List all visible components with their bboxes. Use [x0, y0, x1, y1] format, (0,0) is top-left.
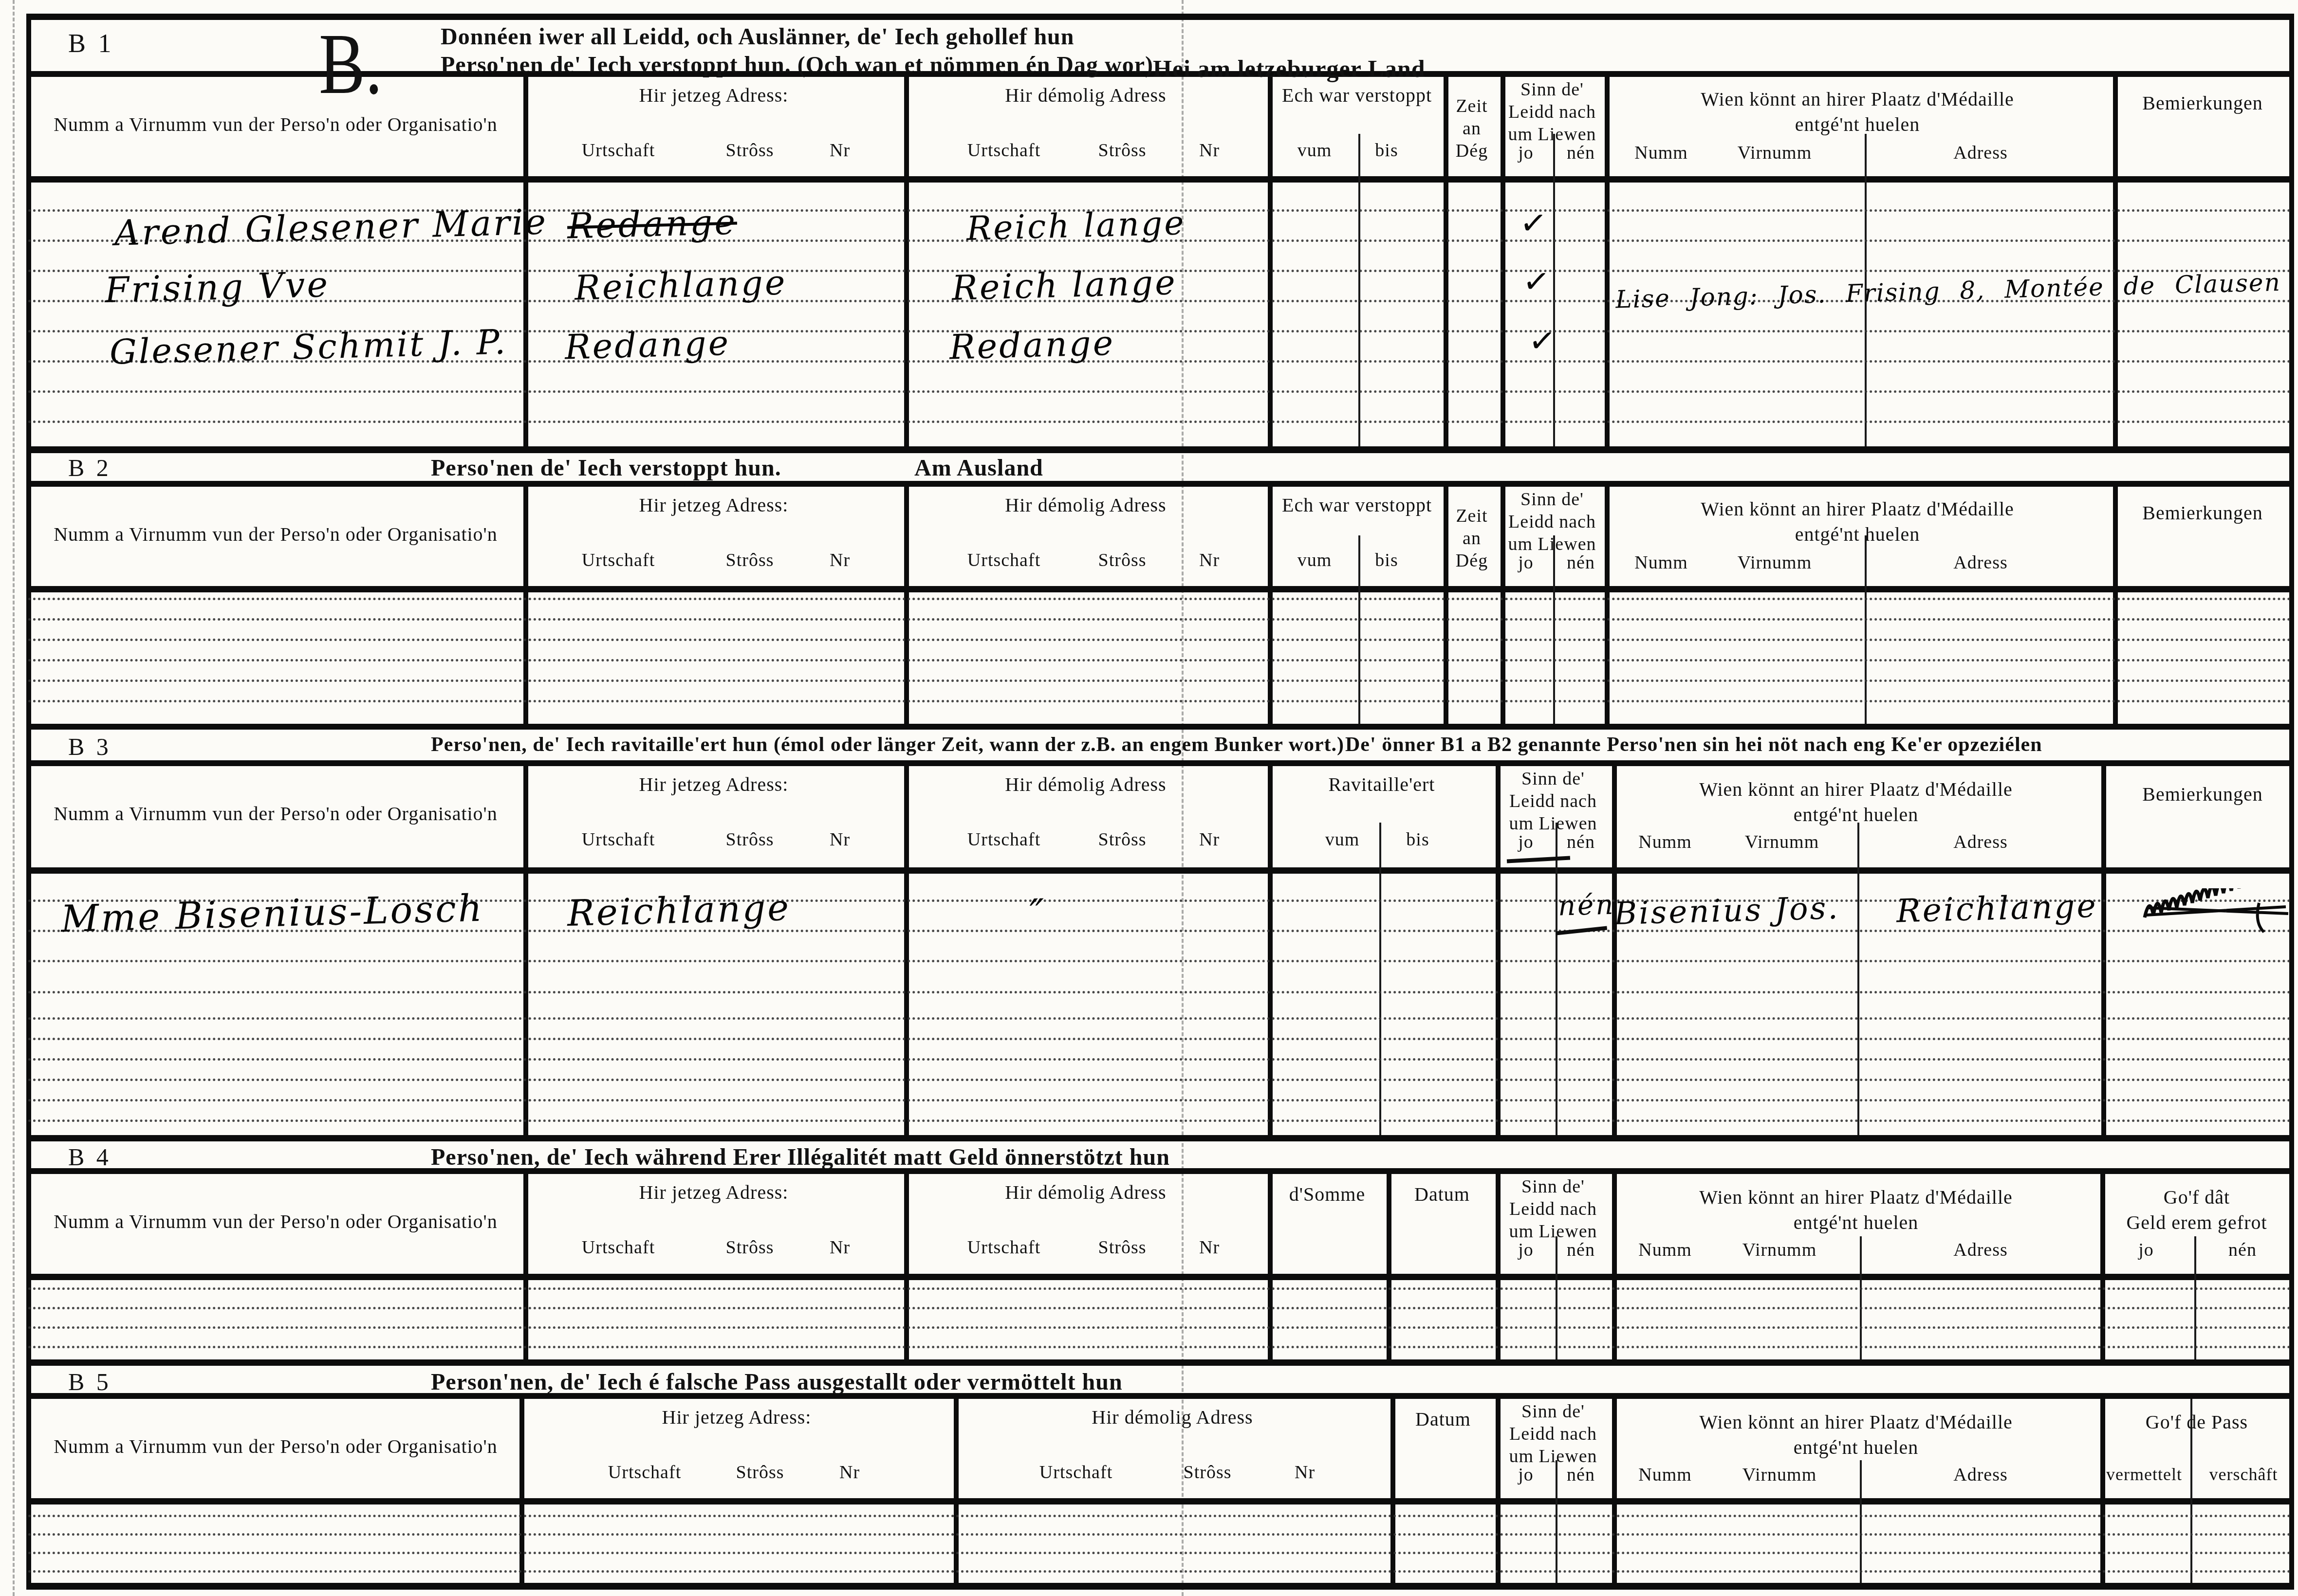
dotted-row-line [28, 659, 2292, 661]
b1-col-virnumm: Virnumm [1738, 142, 1812, 164]
rule-v [1390, 1399, 1395, 1583]
b2-col-virnumm: Virnumm [1738, 552, 1812, 573]
b2-col-bis: bis [1375, 550, 1398, 571]
rule-v [1358, 535, 1360, 724]
b4-col-gof-jo: jo [2138, 1239, 2154, 1261]
scanned-form-page: B 1 B. Donnéen iwer all Leidd, och Auslä… [0, 0, 2298, 1596]
b5-col-name: Numm a Virnumm vun der Perso'n oder Orga… [54, 1435, 498, 1458]
b2-col-zeit2: an [1463, 528, 1481, 549]
section-b1-label: B 1 [68, 28, 114, 58]
b2-col-jetzeg: Hir jetzeg Adress: [639, 494, 789, 516]
b5-col-nr: Nr [839, 1462, 860, 1483]
b3-col-adress: Adress [1953, 831, 2008, 853]
b3-col-vum: vum [1325, 829, 1360, 850]
b3-col-numm: Numm [1638, 831, 1692, 853]
b1-col-stross: Strôss [726, 140, 774, 161]
b5-col-virnumm: Virnumm [1742, 1464, 1817, 1486]
b5-col-stross: Strôss [736, 1462, 784, 1483]
b2-col-jo: jo [1518, 552, 1534, 573]
b1-row1-demolig-handwriting: Reich lange [966, 204, 1186, 248]
b5-col-gof: Go'f de Pass [2146, 1411, 2248, 1433]
b4-col-stross: Strôss [726, 1237, 774, 1258]
b5-col-urtschaft: Urtschaft [608, 1462, 681, 1483]
b4-col-somme: d'Somme [1289, 1183, 1365, 1206]
b2-col-stross2: Strôss [1098, 550, 1147, 571]
b4-col-wien1: Wien könnt an hirer Plaatz d'Médaille [1699, 1186, 2013, 1209]
rule-v [1865, 535, 1867, 724]
b2-col-urtschaft: Urtschaft [582, 550, 655, 571]
rule-v [523, 487, 528, 724]
b3-col-jo: jo [1518, 831, 1534, 853]
b5-col-jetzeg: Hir jetzeg Adress: [662, 1406, 812, 1429]
b2-col-nr: Nr [830, 550, 850, 571]
scribble-redaction-icon [2142, 888, 2293, 937]
dotted-row-line [28, 1515, 2292, 1517]
rule-h [27, 446, 2294, 453]
rule-v [1556, 1236, 1557, 1359]
b1-col-sinn1: Sinn de' [1520, 79, 1584, 100]
b2-col-sinn1: Sinn de' [1520, 489, 1584, 510]
b5-col-wien1: Wien könnt an hirer Plaatz d'Médaille [1699, 1411, 2013, 1433]
b1-col-nr: Nr [830, 140, 850, 161]
b5-col-datum: Datum [1415, 1408, 1471, 1431]
dotted-row-line [28, 960, 2292, 962]
b1-col-jetzeg: Hir jetzeg Adress: [639, 84, 789, 107]
b3-title-line2: De' önner B1 a B2 genannte Perso'nen sin… [1345, 733, 2042, 756]
b3-col-wien2: entgé'nt huelen [1794, 803, 1919, 826]
dotted-row-line [28, 1346, 2292, 1348]
b5-col-demolig: Hir démolig Adress [1092, 1406, 1253, 1429]
b1-col-name: Numm a Virnumm vun der Perso'n oder Orga… [54, 113, 498, 136]
b3-row-medal-numm-handwriting: Bisenius Jos. [1613, 890, 1840, 932]
b1-row2-name-handwriting: Frising Vve [104, 264, 330, 311]
b4-col-urtschaft2: Urtschaft [967, 1237, 1040, 1258]
b3-row-nen-handwriting: nén [1557, 889, 1615, 922]
b1-row3-jetzeg-handwriting: Redange [564, 323, 731, 367]
margin-guide-line [13, 0, 15, 1596]
rule-h [27, 481, 2294, 487]
b3-col-bemierkungen: Bemierkungen [2142, 783, 2263, 806]
b1-col-zeit2: an [1463, 118, 1481, 139]
b4-col-datum: Datum [1414, 1183, 1470, 1206]
nen-underline-mark [1556, 926, 1607, 936]
rule-v [1379, 823, 1381, 1135]
table-left-border [26, 14, 31, 1590]
b5-col-nen: nén [1567, 1464, 1595, 1486]
rule-v [1553, 535, 1555, 724]
rule-v [519, 1399, 524, 1583]
b3-col-stross: Strôss [726, 829, 774, 850]
rule-h [27, 760, 2294, 766]
b3-col-nen: nén [1567, 831, 1595, 853]
b1-col-urtschaft2: Urtschaft [967, 140, 1040, 161]
b3-col-virnumm: Virnumm [1745, 831, 1819, 853]
b3-col-sinn1: Sinn de' [1521, 768, 1585, 789]
rule-v [2100, 1399, 2105, 1583]
rule-h [27, 1135, 2294, 1141]
b2-col-wien2: entgé'nt huelen [1795, 523, 1920, 546]
b1-col-numm: Numm [1634, 142, 1688, 164]
b3-col-nr: Nr [830, 829, 850, 850]
section-b3-label: B 3 [68, 733, 111, 761]
b3-col-ravitailleert: Ravitaille'ert [1329, 773, 1435, 796]
b2-col-nr2: Nr [1199, 550, 1220, 571]
b4-title: Perso'nen, de' Iech während Erer Illégal… [431, 1144, 1170, 1171]
rule-v [904, 1174, 909, 1359]
b2-col-name: Numm a Virnumm vun der Perso'n oder Orga… [54, 523, 498, 546]
b2-col-sinn2: Leidd nach [1508, 511, 1596, 532]
b1-col-zeit3: Dég [1456, 140, 1488, 162]
rule-v [1860, 1460, 1862, 1583]
b1-col-wien1: Wien könnt an hirer Plaatz d'Médaille [1701, 88, 2014, 110]
b1-row2-bemierkung-handwriting: Lise Jong: Jos. Frising 8, Montée de Cla… [1615, 265, 2298, 313]
b5-col-vermettelt: vermettelt [2106, 1464, 2182, 1485]
rule-h [27, 586, 2294, 592]
dotted-row-line [28, 1552, 2292, 1554]
b3-row-medal-adress-handwriting: Reichlange [1896, 887, 2098, 930]
b4-col-name: Numm a Virnumm vun der Perso'n oder Orga… [54, 1210, 498, 1233]
rule-v [1612, 1174, 1617, 1359]
b4-col-sinn2: Leidd nach [1509, 1198, 1597, 1220]
rule-h [27, 867, 2294, 874]
b1-row2-jetzeg-handwriting: Reichlange [574, 262, 787, 308]
b1-col-adress: Adress [1953, 142, 2008, 164]
b1-col-nen: nén [1567, 142, 1595, 164]
b4-col-jo: jo [1518, 1239, 1534, 1261]
b2-col-nen: nén [1567, 552, 1595, 573]
rule-v [1860, 1236, 1862, 1359]
rule-v [1556, 1460, 1557, 1583]
b4-col-urtschaft: Urtschaft [582, 1237, 655, 1258]
checkmark-icon: ✓ [1521, 261, 1552, 301]
rule-v [1444, 487, 1448, 724]
table-right-border [2289, 14, 2294, 1590]
dotted-row-line [28, 1326, 2292, 1329]
b1-col-vum: vum [1297, 140, 1332, 161]
dotted-row-line [28, 700, 2292, 702]
dotted-row-line [28, 1017, 2292, 1020]
b2-col-verstoppt: Ech war verstoppt [1282, 494, 1432, 516]
b5-col-numm: Numm [1638, 1464, 1692, 1486]
b2-col-zeit3: Dég [1456, 550, 1488, 571]
dotted-row-line [28, 1038, 2292, 1040]
b2-title: Perso'nen de' Iech verstoppt hun. [431, 455, 781, 481]
b2-title-right: Am Ausland [914, 455, 1043, 481]
dotted-row-line [28, 1099, 2292, 1101]
b4-col-numm: Numm [1638, 1239, 1692, 1261]
b2-col-stross: Strôss [726, 550, 774, 571]
b4-col-gof-nen: nén [2228, 1239, 2257, 1261]
rule-v [1553, 134, 1555, 446]
dotted-row-line [28, 1119, 2292, 1122]
b5-col-wien2: entgé'nt huelen [1794, 1436, 1919, 1459]
jo-underline-mark [1507, 856, 1570, 863]
rule-v [954, 1399, 959, 1583]
dotted-row-line [28, 1533, 2292, 1536]
b3-col-bis: bis [1406, 829, 1429, 850]
b3-row-jetzeg-handwriting: Reichlange [567, 887, 791, 935]
dotted-row-line [28, 679, 2292, 682]
b2-col-wien1: Wien könnt an hirer Plaatz d'Médaille [1701, 497, 2014, 520]
b1-col-sinn2: Leidd nach [1508, 101, 1596, 123]
b1-col-zeit1: Zeit [1456, 95, 1487, 117]
b2-col-urtschaft2: Urtschaft [967, 550, 1040, 571]
rule-v [1358, 134, 1360, 446]
b3-col-urtschaft: Urtschaft [582, 829, 655, 850]
b5-col-jo: jo [1518, 1464, 1534, 1486]
b3-col-wien1: Wien könnt an hirer Plaatz d'Médaille [1699, 778, 2013, 801]
rule-v [904, 487, 909, 724]
b5-col-sinn2: Leidd nach [1509, 1423, 1597, 1445]
b4-col-wien2: entgé'nt huelen [1794, 1211, 1919, 1234]
rule-h [27, 176, 2294, 183]
rule-v [1268, 487, 1273, 724]
b3-col-urtschaft2: Urtschaft [967, 829, 1040, 850]
b5-col-urtschaft2: Urtschaft [1039, 1462, 1112, 1483]
rule-h [27, 1498, 2294, 1504]
rule-v [1496, 1174, 1501, 1359]
b2-col-vum: vum [1297, 550, 1332, 571]
dotted-row-line [28, 390, 2292, 393]
rule-h [27, 1359, 2294, 1366]
dotted-row-line [28, 1570, 2292, 1573]
b2-col-numm: Numm [1634, 552, 1688, 573]
b1-row2-demolig-handwriting: Reich lange [951, 262, 1177, 308]
rule-v [2194, 1236, 2196, 1359]
b3-col-sinn2: Leidd nach [1509, 790, 1597, 812]
section-b2-label: B 2 [68, 454, 111, 482]
rule-v [1857, 823, 1859, 1135]
dotted-row-line [28, 1287, 2292, 1290]
b2-col-bemierkungen: Bemierkungen [2142, 501, 2263, 524]
b5-title: Person'nen, de' Iech é falsche Pass ausg… [431, 1369, 1123, 1395]
rule-v [1612, 1399, 1617, 1583]
b1-col-jo: jo [1518, 142, 1534, 164]
checkmark-icon: ✓ [1527, 321, 1557, 361]
dotted-row-line [28, 1058, 2292, 1061]
rule-v [2100, 1174, 2105, 1359]
b1-col-stross2: Strôss [1098, 140, 1147, 161]
rule-h [27, 724, 2294, 730]
dotted-row-line [28, 1307, 2292, 1309]
section-b5-label: B 5 [68, 1368, 111, 1396]
rule-v [1387, 1174, 1391, 1359]
dotted-row-line [28, 1079, 2292, 1081]
b1-title-right: Hei am letzeburger Land [1153, 55, 1426, 83]
b1-title-line1: Donnéen iwer all Leidd, och Auslänner, d… [441, 23, 1075, 50]
b1-title-line2: Perso'nen de' Iech verstoppt hun. (Och w… [441, 52, 1153, 78]
rule-v [523, 1174, 528, 1359]
b1-col-bemierkungen: Bemierkungen [2142, 92, 2263, 114]
b3-row-name-handwriting: Mme Bisenius-Losch [60, 886, 484, 941]
b1-col-demolig: Hir démolig Adress [1005, 84, 1166, 107]
b4-col-adress: Adress [1953, 1239, 2008, 1261]
b4-col-gof1: Go'f dât [2164, 1186, 2230, 1209]
rule-v [1556, 823, 1557, 1135]
b2-col-zeit1: Zeit [1456, 505, 1487, 527]
b1-col-wien2: entgé'nt huelen [1795, 113, 1920, 136]
rule-h [27, 1274, 2294, 1280]
form-letter-b: B. [319, 20, 383, 107]
b5-col-nr2: Nr [1295, 1462, 1315, 1483]
rule-h [27, 1583, 2294, 1590]
b3-col-jetzeg: Hir jetzeg Adress: [639, 773, 789, 796]
dotted-row-line [28, 421, 2292, 423]
b1-row1-jetzeg-handwriting: Redange [567, 201, 738, 246]
b1-col-verstoppt: Ech war verstoppt [1282, 84, 1432, 107]
dotted-row-line [28, 639, 2292, 641]
dotted-row-line [28, 991, 2292, 993]
b4-col-gof2: Geld erem gefrot [2126, 1211, 2267, 1234]
rule-v [1268, 1174, 1273, 1359]
b5-col-adress: Adress [1953, 1464, 2008, 1486]
b1-col-urtschaft: Urtschaft [582, 140, 655, 161]
b4-col-stross2: Strôss [1098, 1237, 1147, 1258]
b2-col-adress: Adress [1953, 552, 2008, 573]
b1-row3-demolig-handwriting: Redange [949, 323, 1115, 367]
b4-col-nr2: Nr [1199, 1237, 1220, 1258]
b4-col-sinn1: Sinn de' [1521, 1176, 1585, 1197]
b1-col-nr2: Nr [1199, 140, 1220, 161]
b5-col-stross2: Strôss [1184, 1462, 1232, 1483]
b1-col-bis: bis [1375, 140, 1398, 161]
b3-col-name: Numm a Virnumm vun der Perso'n oder Orga… [54, 802, 498, 825]
b4-col-demolig: Hir démolig Adress [1005, 1181, 1166, 1204]
checkmark-icon: ✓ [1518, 203, 1549, 243]
ditto-mark: ″ [1029, 891, 1047, 936]
rule-v [1501, 487, 1505, 724]
b3-col-demolig: Hir démolig Adress [1005, 773, 1166, 796]
b2-col-demolig: Hir démolig Adress [1005, 494, 1166, 516]
rule-v [1605, 487, 1610, 724]
rule-v [2113, 487, 2118, 724]
b1-row3-name-handwriting: Glesener Schmit J. P. [109, 322, 508, 372]
dotted-row-line [28, 618, 2292, 621]
b4-col-nr: Nr [830, 1237, 850, 1258]
dotted-row-line [28, 598, 2292, 600]
b3-title-line1: Perso'nen, de' Iech ravitaille'ert hun (… [431, 733, 1344, 756]
b5-col-sinn1: Sinn de' [1521, 1401, 1585, 1422]
rule-h [27, 1393, 2294, 1399]
b3-col-stross2: Strôss [1098, 829, 1147, 850]
section-b4-label: B 4 [68, 1143, 111, 1171]
b4-col-jetzeg: Hir jetzeg Adress: [639, 1181, 789, 1204]
rule-v [1496, 1399, 1501, 1583]
b3-col-nr2: Nr [1199, 829, 1220, 850]
b4-col-nen: nén [1567, 1239, 1595, 1261]
b5-col-verschaft: verschâft [2209, 1464, 2278, 1485]
b4-col-virnumm: Virnumm [1742, 1239, 1817, 1261]
